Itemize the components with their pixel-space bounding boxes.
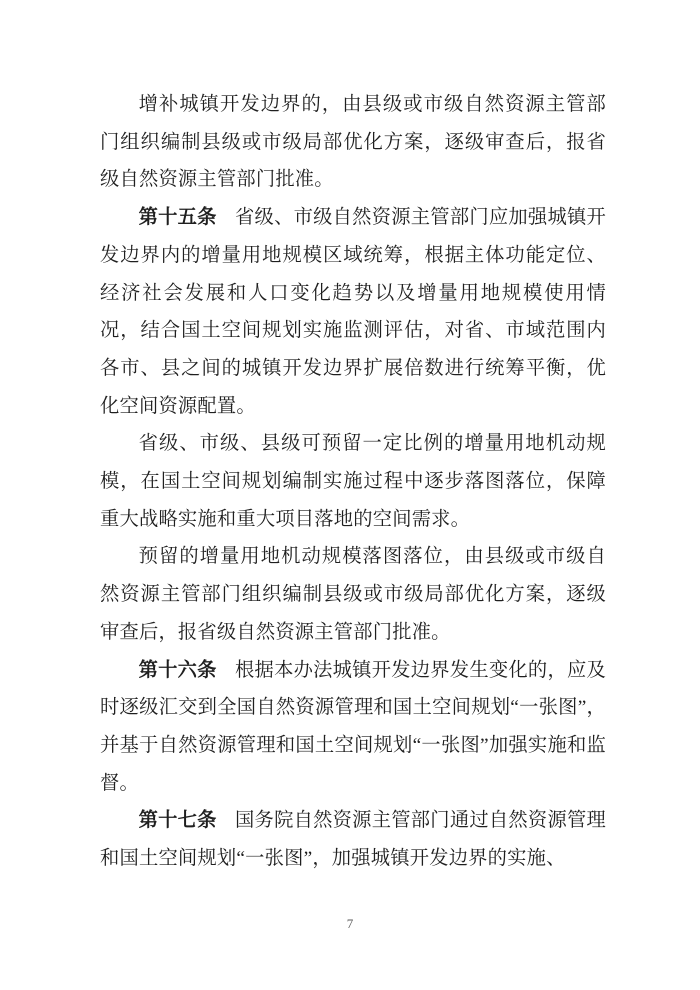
paragraph-text: 省级、市级、县级可预留一定比例的增量用地机动规模，在国土空间规划编制实施过程中逐… [100, 433, 606, 529]
document-body: 增补城镇开发边界的，由县级或市级自然资源主管部门组织编制县级或市级局部优化方案，… [100, 86, 606, 878]
article-number: 第十六条 [139, 660, 217, 681]
paragraph-text: 省级、市级自然资源主管部门应加强城镇开发边界内的增量用地规模区域统筹，根据主体功… [100, 207, 606, 417]
paragraph-text: 预留的增量用地机动规模落图落位，由县级或市级自然资源主管部门组织编制县级或市级局… [100, 546, 606, 642]
paragraph: 省级、市级、县级可预留一定比例的增量用地机动规模，在国土空间规划编制实施过程中逐… [100, 425, 606, 538]
article-number: 第十五条 [139, 207, 217, 228]
paragraph-text: 增补城镇开发边界的，由县级或市级自然资源主管部门组织编制县级或市级局部优化方案，… [100, 94, 606, 190]
article-number: 第十七条 [139, 810, 217, 831]
page-footer: 7 [0, 915, 700, 933]
paragraph: 预留的增量用地机动规模落图落位，由县级或市级自然资源主管部门组织编制县级或市级局… [100, 538, 606, 651]
paragraph: 第十五条省级、市级自然资源主管部门应加强城镇开发边界内的增量用地规模区域统筹，根… [100, 199, 606, 425]
paragraph: 第十六条根据本办法城镇开发边界发生变化的，应及时逐级汇交到全国自然资源管理和国土… [100, 652, 606, 803]
paragraph: 第十七条国务院自然资源主管部门通过自然资源管理和国土空间规划“一张图”，加强城镇… [100, 802, 606, 877]
page-number: 7 [347, 916, 354, 931]
paragraph: 增补城镇开发边界的，由县级或市级自然资源主管部门组织编制县级或市级局部优化方案，… [100, 86, 606, 199]
document-page: 增补城镇开发边界的，由县级或市级自然资源主管部门组织编制县级或市级局部优化方案，… [0, 0, 700, 990]
